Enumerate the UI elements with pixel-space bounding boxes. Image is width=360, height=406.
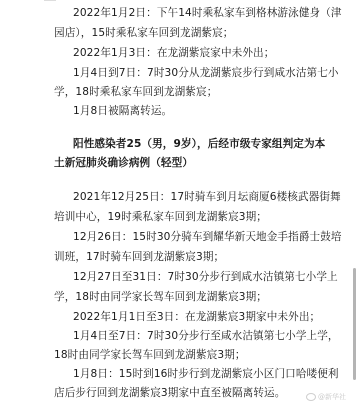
watermark-text: @新华社: [318, 393, 346, 401]
paragraph-line: 18时由同学家长驾车回到龙湖紫宸3期；: [54, 348, 246, 362]
vertical-scrollbar[interactable]: [353, 268, 356, 380]
paragraph-line: 2021年12月25日：17时骑车到月坛商厦6楼核武器街舞: [73, 190, 341, 204]
case-heading-line: 土新冠肺炎确诊病例（轻型）: [54, 156, 193, 170]
paragraph-line: 12月27日至31日：7时30分步行到咸水沽镇第七小学上: [73, 270, 338, 284]
case-heading-line: 阳性感染者25（男，9岁），后经市级专家组判定为本: [73, 137, 325, 151]
paragraph-line: 学，18时乘私家车回到龙湖紫宸；: [54, 85, 217, 99]
paragraph-line: 培训中心，19时乘私家车回到龙湖紫宸3期；: [54, 210, 267, 224]
paragraph-line: 学，18时由同学家长驾车回到龙湖紫宸3期；: [54, 290, 267, 304]
paragraph-line: 1月8日被隔离转运。: [73, 104, 172, 118]
watermark: @新华社: [306, 392, 346, 402]
paragraph-line: 2022年1月1日至3日：在龙湖紫宸3期家中未外出；: [73, 310, 320, 324]
paragraph-line: 1月4日至7日：7时30分步行至咸水沽镇第七小学上学，: [73, 329, 339, 343]
paragraph-line: 2022年1月3日：在龙湖紫宸家中未外出；: [73, 46, 274, 60]
paragraph-line: 1月4日到7日：7时30分从龙湖紫宸步行到咸水沽第七小: [73, 66, 339, 80]
paragraph-line: 2022年1月2日：下午14时乘私家车到格林游泳健身（津: [73, 6, 342, 20]
paragraph-line: 园店），15时乘私家车回到龙湖紫宸；: [54, 26, 233, 40]
paragraph-line: 12月26日：15时30分骑车到耀华新天地金手指爵士鼓培: [73, 230, 342, 244]
paragraph-line: 1月8日：15时到16时步行到龙湖紫宸小区门口哈喽便利: [73, 367, 339, 381]
paragraph-line: 店后步行回到龙湖紫宸3期家中直至被隔离转运。: [54, 386, 285, 400]
divider: [44, 0, 56, 1]
weibo-icon: [306, 393, 316, 401]
document-page: 2022年1月2日：下午14时乘私家车到格林游泳健身（津园店），15时乘私家车回…: [0, 0, 352, 406]
paragraph-line: 训班，17时骑车回到龙湖紫宸3期；: [54, 250, 224, 264]
